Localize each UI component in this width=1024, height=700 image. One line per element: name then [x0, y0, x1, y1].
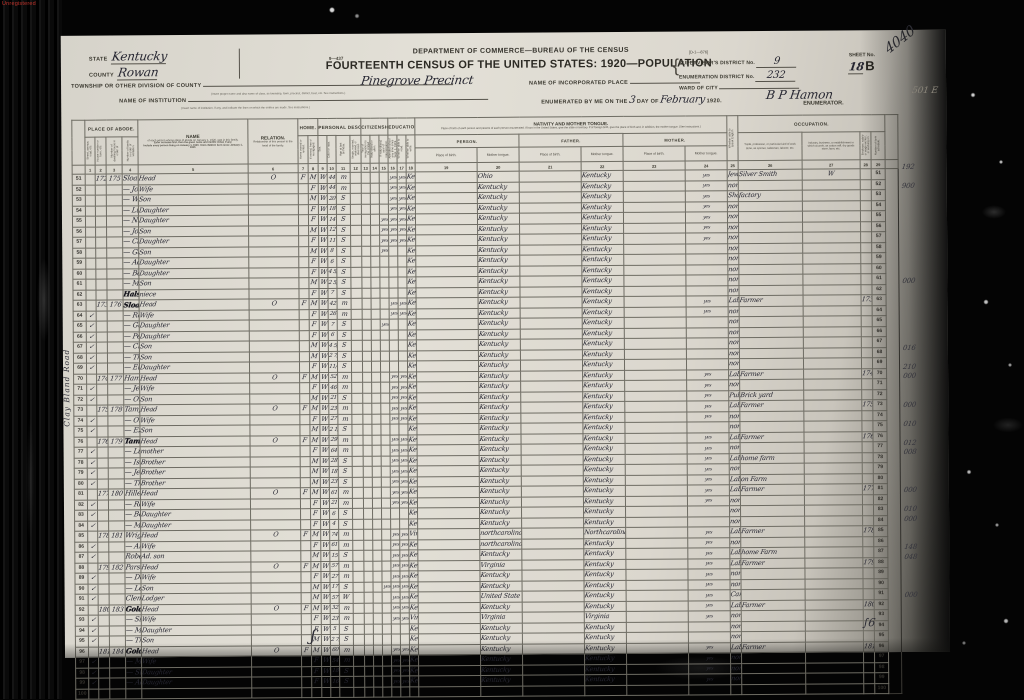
- enumerated-month: February: [660, 94, 706, 105]
- handwritten-entry: Kentucky: [584, 571, 614, 578]
- cell-own: [250, 456, 300, 467]
- cell-col: W: [320, 424, 329, 435]
- handwritten-entry: S: [342, 342, 347, 349]
- cell-pob: Kentucky: [409, 634, 418, 645]
- cell-occ: Labor: [728, 296, 739, 307]
- attended-school-label: Attended school any time since Sept. 1, …: [388, 138, 396, 160]
- cell-pt: [416, 266, 478, 277]
- cell-ew: yes: [400, 571, 409, 582]
- incorporated-place-label: NAME OF INCORPORATED PLACE: [529, 80, 628, 87]
- handwritten-entry: Farmer: [739, 297, 763, 304]
- cell-mar: W: [339, 592, 353, 603]
- cell-pt: [415, 182, 477, 193]
- cell-col: W: [319, 277, 328, 288]
- cell-ln2: 78: [873, 452, 887, 463]
- handwritten-entry: 6: [331, 333, 335, 339]
- handwritten-entry: W: [321, 510, 328, 517]
- cell-ft: [520, 265, 582, 276]
- cell-age: 21: [329, 498, 338, 509]
- cell-sex: M: [310, 467, 320, 478]
- cell-sex: M: [309, 299, 319, 310]
- cell-mpob: Kentucky: [584, 506, 626, 517]
- cell-c1: [353, 561, 364, 572]
- cell-own: O: [250, 404, 300, 415]
- cell-farm: [861, 337, 872, 348]
- handwritten-entry: 176: [97, 438, 108, 445]
- cell-c3: [373, 645, 382, 656]
- cell-farm: [863, 568, 874, 579]
- cell-own: [252, 687, 302, 698]
- cell-ind: [742, 684, 806, 695]
- cell-fam: [109, 573, 125, 584]
- handwritten-entry: yes: [401, 669, 409, 674]
- cell-ln2: 74: [873, 410, 887, 421]
- cell-pob: Kentucky: [409, 571, 418, 582]
- handwritten-entry: yes: [398, 176, 406, 181]
- cell-ew: yes: [401, 644, 410, 655]
- handwritten-entry: 7: [331, 291, 335, 297]
- handwritten-entry: Kentucky: [409, 562, 418, 569]
- cell-col: W: [320, 498, 329, 509]
- cell-c1: [353, 624, 364, 635]
- handwritten-entry: M: [312, 489, 319, 496]
- cell-pt: [418, 602, 480, 613]
- cell-mt: [626, 506, 688, 517]
- cell-fam: [107, 279, 123, 290]
- handwritten-entry: m: [342, 531, 349, 538]
- handwritten-entry: S: [342, 394, 347, 401]
- handwritten-entry: Kentucky: [407, 257, 416, 264]
- margin-note: 000: [903, 486, 917, 494]
- cell-own: [251, 519, 301, 530]
- relation-column-header: RELATION. Relationship of this person to…: [248, 119, 298, 164]
- cell-ft: [521, 496, 583, 507]
- cell-chk: [86, 269, 96, 280]
- cell-sex: F: [310, 446, 320, 457]
- cell-rel: Daughter: [139, 236, 249, 247]
- cell-emp: [805, 589, 863, 600]
- column-number: 23: [623, 161, 685, 170]
- cell-mt: [624, 275, 686, 286]
- cell-ln: 94: [75, 626, 88, 637]
- cell-ew: yes: [397, 193, 406, 204]
- cell-emp: [803, 305, 861, 316]
- cell-ft: [519, 171, 581, 182]
- cell-es: [382, 571, 391, 582]
- marital-col-header: Single, married, widowed, or divorced.: [350, 135, 361, 163]
- handwritten-entry: Kentucky: [477, 183, 507, 190]
- cell-mpob: Kentucky: [585, 643, 627, 654]
- handwritten-entry: W: [322, 604, 329, 611]
- handwritten-entry: Kentucky: [409, 593, 418, 600]
- cell-ln: 85: [75, 531, 88, 542]
- cell-mar: m: [338, 414, 352, 425]
- handwritten-entry: yes: [392, 554, 400, 559]
- handwritten-entry: 183: [111, 606, 124, 613]
- cell-es: [380, 309, 389, 320]
- cell-emp: [803, 221, 861, 232]
- family-label: Number of family in order of visitation.: [126, 139, 134, 161]
- cell-own: O: [248, 173, 298, 184]
- cell-own: [248, 194, 298, 205]
- margin-note: 210: [902, 362, 916, 370]
- cell-eng: [687, 422, 729, 433]
- handwritten-entry: 178: [98, 533, 109, 540]
- cell-ft: [520, 318, 582, 329]
- cell-mt: [626, 632, 688, 643]
- handwritten-entry: ✓: [90, 627, 96, 634]
- cell-pob: Kentucky: [407, 224, 416, 235]
- cell-ln2: 66: [872, 326, 886, 337]
- cell-mt: [625, 443, 687, 454]
- cell-age: 2 1/2: [329, 424, 338, 435]
- cell-ln2: 59: [872, 253, 886, 264]
- handwritten-entry: yes: [400, 480, 408, 485]
- handwritten-entry: yes: [381, 323, 389, 328]
- handwritten-entry: 57: [331, 564, 338, 570]
- cell-ln2: 86: [874, 536, 888, 547]
- cell-own: [249, 330, 299, 341]
- cell-ft: [520, 223, 582, 234]
- handwritten-entry: yes: [398, 239, 406, 244]
- handwritten-entry: — Silla M.: [125, 616, 141, 623]
- cell-ln2: 77: [873, 442, 887, 453]
- cell-emp: [804, 473, 862, 484]
- cell-mpob: Kentucky: [583, 485, 625, 496]
- cell-emp: [804, 410, 862, 421]
- enumeration-label: ENUMERATION DISTRICT No.: [679, 74, 755, 81]
- handwritten-entry: Wife: [141, 543, 156, 550]
- cell-chk: ✓: [87, 447, 97, 458]
- handwritten-entry: M: [313, 605, 320, 612]
- cell-ind: [739, 253, 803, 264]
- cell-col: W: [322, 676, 331, 687]
- cell-ln2: 84: [874, 515, 888, 526]
- cell-col: W: [321, 603, 330, 614]
- handwritten-entry: m: [343, 615, 350, 622]
- handwritten-entry: O: [272, 405, 278, 412]
- cell-pt: [418, 591, 480, 602]
- cell-free: [301, 551, 311, 562]
- cell-eng: [686, 327, 728, 338]
- cell-c3: [374, 655, 383, 666]
- column-number: 29: [871, 160, 885, 169]
- cell-er: [389, 351, 398, 362]
- handwritten-entry: M: [310, 174, 317, 181]
- cell-emp: [806, 673, 864, 684]
- handwritten-entry: m: [340, 174, 347, 181]
- handwritten-entry: yes: [380, 229, 388, 234]
- cell-ew: yes: [400, 539, 409, 550]
- cell-ln: 91: [75, 594, 88, 605]
- handwritten-entry: Kentucky: [409, 509, 418, 516]
- handwritten-entry: yes: [703, 205, 711, 210]
- cell-occ: [731, 684, 742, 695]
- cell-occ: Shoe: [727, 191, 738, 202]
- handwritten-entry: Sloan Jasper A: [122, 175, 138, 182]
- cell-fpob: Kentucky: [479, 371, 521, 382]
- handwritten-entry: yes: [704, 436, 712, 441]
- cell-ew: yes: [397, 203, 406, 214]
- cell-chk: ✓: [87, 426, 97, 437]
- cell-name: Tampson Argoe: [124, 405, 140, 416]
- handwritten-entry: — Nannie M.: [123, 217, 139, 224]
- cell-chk: [86, 279, 96, 290]
- handwritten-entry: Daughter: [140, 364, 170, 371]
- handwritten-entry: none: [729, 381, 740, 388]
- cell-rel: mother: [140, 446, 250, 457]
- cell-pob: Kentucky: [407, 256, 416, 267]
- cell-fpob: Kentucky: [479, 381, 521, 392]
- handwritten-entry: W: [321, 520, 328, 527]
- handwritten-entry: m: [342, 499, 349, 506]
- cell-c1: [350, 193, 361, 204]
- cell-es: [379, 204, 388, 215]
- handwritten-entry: 181: [99, 648, 110, 655]
- house-number-label: House number or farm, etc.: [96, 140, 104, 162]
- cell-sex: F: [309, 320, 319, 331]
- handwritten-entry: Kentucky: [479, 351, 509, 358]
- cell-eng: yes: [686, 296, 728, 307]
- handwritten-entry: ✓: [89, 417, 95, 424]
- cell-er: yes: [391, 529, 400, 540]
- handwritten-entry: S: [341, 258, 346, 265]
- cell-fam: [107, 247, 123, 258]
- handwritten-entry: m: [342, 447, 349, 454]
- handwritten-entry: Kentucky: [407, 236, 416, 243]
- cell-occ: none: [728, 275, 739, 286]
- cell-ln2: 95: [874, 631, 888, 642]
- cell-mt: [625, 453, 687, 464]
- cell-mpob: Kentucky: [584, 601, 626, 612]
- cell-er: [392, 686, 401, 697]
- cell-c3: [372, 403, 381, 414]
- cell-er: yes: [391, 571, 400, 582]
- cell-chk: ✓: [86, 321, 96, 332]
- cell-age: [331, 687, 340, 698]
- column-number: 27: [802, 160, 860, 169]
- cell-c3: [372, 372, 381, 383]
- cell-rel: [142, 688, 252, 699]
- handwritten-entry: — William H.: [122, 196, 138, 203]
- cell-pt: [418, 581, 480, 592]
- cell-ft: [520, 276, 582, 287]
- handwritten-entry: niece: [139, 291, 156, 298]
- cell-mar: S: [338, 477, 352, 488]
- cell-free: F: [301, 561, 311, 572]
- cell-er: [391, 508, 400, 519]
- cell-ew: yes: [399, 445, 408, 456]
- cell-pt: [419, 686, 481, 697]
- cell-rel: Daughter: [139, 257, 249, 268]
- cell-rel: Son: [140, 394, 250, 405]
- cell-sex: F: [311, 614, 321, 625]
- cell-es: [381, 466, 390, 477]
- handwritten-entry: W: [322, 625, 329, 632]
- handwritten-entry: W: [322, 594, 329, 601]
- cell-own: [249, 257, 299, 268]
- cell-name: — Silla M: [126, 667, 142, 678]
- street-label: Street, avenue, road, etc.: [86, 140, 94, 162]
- cell-sex: F: [311, 519, 321, 530]
- cell-chk: [87, 489, 97, 500]
- cell-mpob: Kentucky: [583, 422, 625, 433]
- handwritten-entry: 74: [331, 532, 338, 538]
- handwritten-entry: 23: [330, 480, 337, 486]
- handwritten-entry: Kentucky: [479, 383, 509, 390]
- cell-pt: [419, 654, 481, 665]
- cell-emp: [803, 337, 861, 348]
- able-to-read-label: Whether able to read.: [397, 137, 405, 159]
- column-number: 19: [415, 162, 477, 171]
- cell-ln2: 87: [874, 547, 888, 558]
- handwritten-entry: Kentucky: [478, 257, 508, 264]
- handwritten-entry: yes: [705, 604, 713, 609]
- cell-rel: Brother: [140, 478, 250, 489]
- handwritten-entry: Kentucky: [581, 193, 611, 200]
- handwritten-entry: S: [342, 426, 347, 433]
- cell-name: — Charlie H: [123, 342, 139, 353]
- handwritten-entry: Kentucky: [582, 204, 612, 211]
- person-pob-header: Place of birth.: [415, 147, 477, 162]
- handwritten-entry: m: [341, 415, 348, 422]
- cell-farm: 181: [863, 641, 874, 652]
- cell-c3: [373, 508, 382, 519]
- cell-sex: M: [309, 341, 319, 352]
- cell-ft: [519, 181, 581, 192]
- cell-dw: 181: [98, 647, 109, 658]
- cell-c1: [351, 246, 362, 257]
- handwritten-entry: W: [321, 395, 328, 402]
- attended-school-col-header: Attended school any time since Sept. 1, …: [388, 135, 397, 163]
- cell-fam: 177: [108, 373, 124, 384]
- cell-c1: [353, 519, 364, 530]
- cell-free: [298, 194, 308, 205]
- cell-age: 23: [329, 477, 338, 488]
- handwritten-entry: Kentucky: [582, 340, 612, 347]
- handwritten-entry: F: [314, 657, 319, 664]
- handwritten-entry: yes: [705, 531, 713, 536]
- handwritten-entry: 14: [328, 217, 335, 223]
- handwritten-entry: Hamm Joseph H: [124, 375, 140, 382]
- cell-mpob: Kentucky: [584, 538, 626, 549]
- cell-occ: none: [730, 506, 741, 517]
- handwritten-entry: — Merica B: [125, 522, 141, 529]
- cell-ln: 63: [73, 300, 86, 311]
- handwritten-entry: F: [311, 216, 316, 223]
- handwritten-entry: yes: [703, 195, 711, 200]
- cell-name: — Rosa F: [124, 499, 140, 510]
- cell-c1: [352, 403, 363, 414]
- handwritten-entry: — Onie J: [124, 417, 140, 424]
- cell-farm: [861, 221, 872, 232]
- cell-farm: [864, 683, 875, 694]
- handwritten-entry: Labor: [730, 528, 741, 535]
- cell-c3: [373, 571, 382, 582]
- cell-ew: [400, 508, 409, 519]
- cell-pob: Kentucky: [408, 392, 417, 403]
- relation-subtitle: Relationship of this person to the head …: [248, 141, 297, 148]
- handwritten-entry: W: [322, 646, 329, 653]
- cell-name: Sloan Baldwin: [123, 300, 139, 311]
- handwritten-entry: Roberson Linville: [125, 553, 141, 560]
- cell-fam: [107, 310, 123, 321]
- handwritten-entry: Wife: [138, 186, 153, 193]
- cell-ln2: 73: [873, 400, 887, 411]
- cell-col: W: [319, 309, 328, 320]
- cell-pob: Kentucky: [408, 382, 417, 393]
- cell-er: yes: [389, 214, 398, 225]
- handwritten-entry: W: [320, 269, 327, 276]
- cell-ind: [741, 568, 805, 579]
- cell-rel: Wife: [142, 656, 252, 667]
- cell-mar: m: [337, 309, 351, 320]
- handwritten-entry: yes: [703, 184, 711, 189]
- cell-mar: S: [338, 424, 352, 435]
- cell-fam: 182: [109, 562, 125, 573]
- cell-pob: Kentucky: [407, 319, 416, 330]
- supervisor-value: 9: [756, 56, 798, 68]
- cell-ew: yes: [398, 235, 407, 246]
- cell-emp: [803, 347, 861, 358]
- cell-pt: [417, 497, 479, 508]
- cell-rel: Son: [139, 341, 249, 352]
- cell-mt: [627, 674, 689, 685]
- handwritten-entry: — Thomas H: [123, 354, 139, 361]
- cell-own: [251, 614, 301, 625]
- cell-dw: [96, 290, 107, 301]
- handwritten-entry: Sloan Baldwin: [123, 301, 139, 308]
- cell-ind: Farmer: [741, 642, 805, 653]
- cell-dw: [95, 216, 106, 227]
- cell-dw: [96, 321, 107, 332]
- handwritten-entry: — John: [123, 228, 139, 235]
- institution-field: NAME OF INSTITUTION: [119, 96, 488, 105]
- state-label: STATE: [89, 57, 108, 63]
- handwritten-entry: yes: [705, 478, 713, 483]
- cell-pt: [417, 381, 479, 392]
- cell-sex: M: [311, 551, 321, 562]
- cell-farm: [861, 316, 872, 327]
- institution-label: NAME OF INSTITUTION: [119, 98, 186, 104]
- cell-fam: [107, 363, 123, 374]
- handwritten-entry: — Rosa F: [125, 501, 141, 508]
- handwritten-entry: northcarolina: [480, 540, 522, 547]
- cell-farm: [863, 515, 874, 526]
- cell-fpob: Kentucky: [479, 434, 521, 445]
- handwritten-entry: none: [730, 581, 741, 588]
- handwritten-entry: none: [730, 570, 741, 577]
- cell-mar: m: [339, 571, 353, 582]
- handwritten-entry: Kentucky: [582, 330, 612, 337]
- cell-age: 21: [329, 393, 338, 404]
- handwritten-entry: 42: [329, 301, 336, 307]
- handwritten-entry: Virginia: [480, 561, 505, 568]
- handwritten-entry: Parsons George W: [125, 563, 141, 570]
- cell-name: Goldiron Bide: [125, 646, 141, 657]
- handwritten-entry: O: [274, 647, 280, 654]
- cell-occ: Carpenter: [730, 590, 741, 601]
- handwritten-entry: yes: [401, 554, 409, 559]
- handwritten-entry: F: [303, 489, 308, 496]
- handwritten-entry: Kentucky: [583, 445, 613, 452]
- cell-age: 8: [328, 246, 337, 257]
- handwritten-entry: M: [311, 437, 318, 444]
- cell-mar: m: [338, 382, 352, 393]
- cell-er: yes: [390, 456, 399, 467]
- cell-mt: [623, 212, 685, 223]
- column-number: 21: [519, 162, 581, 171]
